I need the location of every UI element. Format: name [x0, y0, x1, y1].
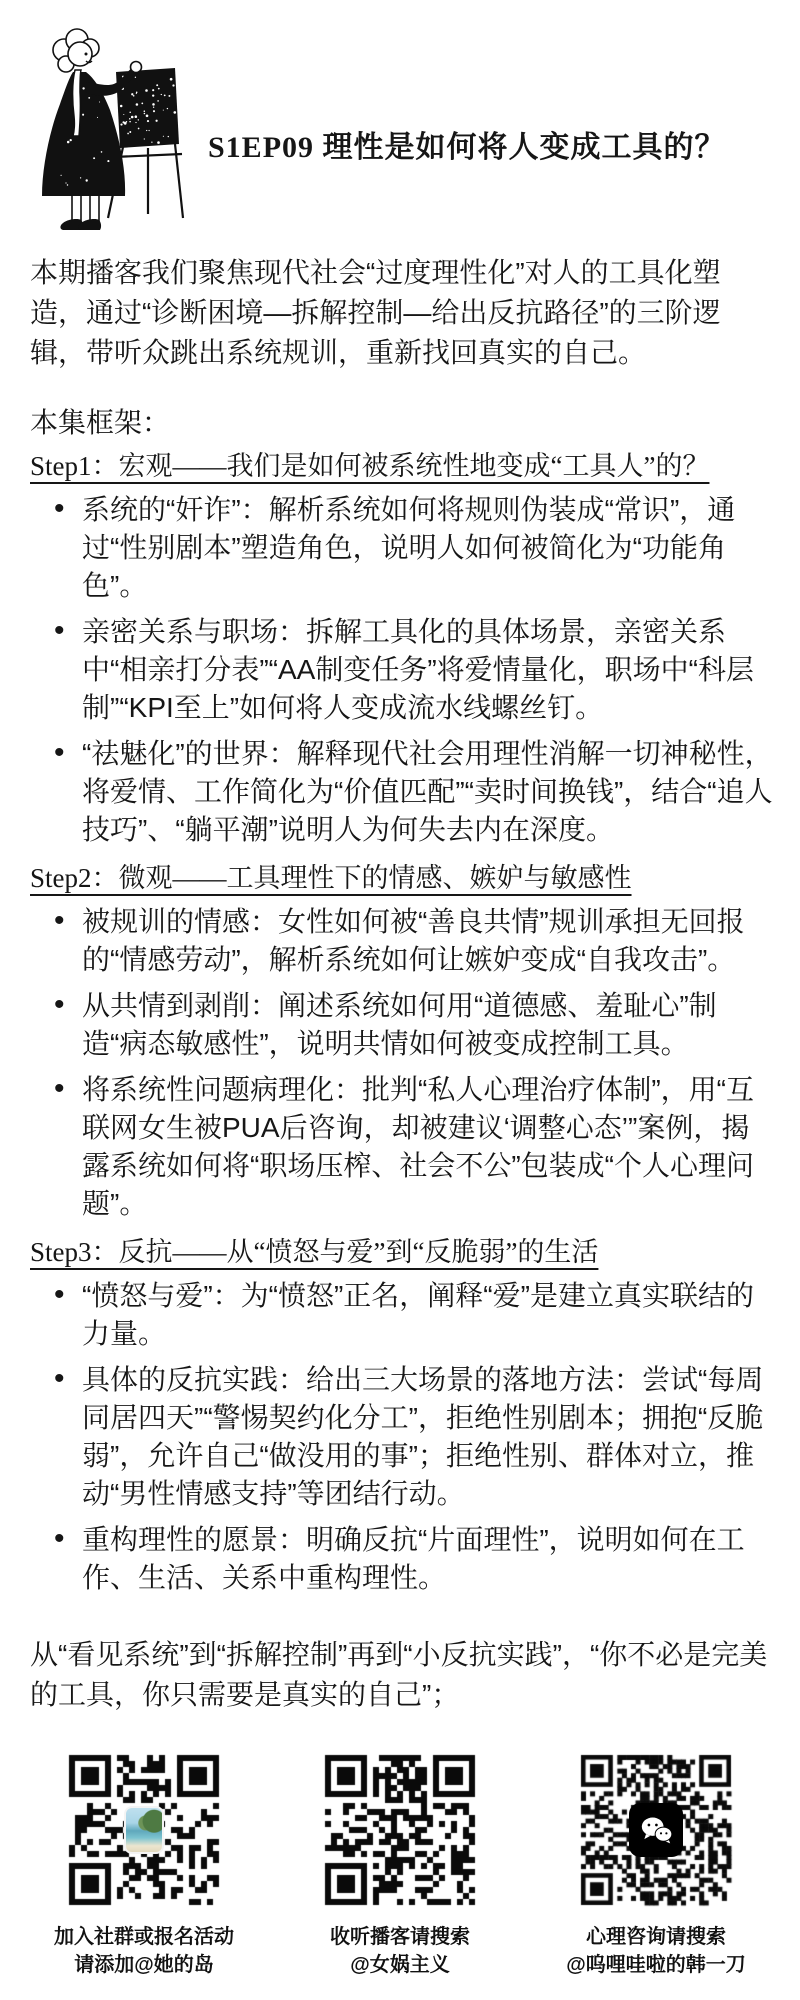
content: 本期播客我们聚焦现代社会“过度理性化”对人的工具化塑造，通过“诊断困境—拆解控制… — [0, 253, 800, 1715]
qr-item-counseling: 心理咨询请搜索 @呜哩哇啦的韩一刀 — [550, 1751, 762, 1979]
qr-caption-line: 心理咨询请搜索 — [566, 1923, 746, 1951]
qr-caption-line: @女娲主义 — [330, 1951, 470, 1979]
qr-caption-community: 加入社群或报名活动 请添加@她的岛 — [54, 1923, 234, 1979]
step1-bullet-list: 系统的“奸诈”：解析系统如何将规则伪装成“常识”，通过“性别剧本”塑造角色，说明… — [30, 491, 774, 849]
qr-item-community: 加入社群或报名活动 请添加@她的岛 — [38, 1751, 250, 1979]
bullet-item: “祛魅化”的世界：解释现代社会用理性消解一切神秘性，将爱情、工作简化为“价值匹配… — [30, 735, 774, 849]
step3-heading: Step3：反抗——从“愤怒与爱”到“反脆弱”的生活 — [30, 1231, 774, 1273]
section-step2: Step2：微观——工具理性下的情感、嫉妒与敏感性 被规训的情感：女性如何被“善… — [30, 857, 774, 1223]
step3-bullet-list: “愤怒与爱”：为“愤怒”正名，阐释“爱”是建立真实联结的力量。 具体的反抗实践：… — [30, 1277, 774, 1597]
page-title: S1EP09 理性是如何将人变成工具的？ — [208, 122, 780, 166]
closing-paragraph: 从“看见系统”到“拆解控制”再到“小反抗实践”，“你不必是完美的工具，你只需要是… — [30, 1635, 774, 1715]
step2-bullet-list: 被规训的情感：女性如何被“善良共情”规训承担无回报的“情感劳动”，解析系统如何让… — [30, 903, 774, 1223]
island-photo-icon — [124, 1806, 164, 1854]
section-step1: Step1：宏观——我们是如何被系统性地变成“工具人”的？ 系统的“奸诈”：解析… — [30, 445, 774, 849]
outline-label: 本集框架： — [30, 403, 774, 443]
section-step3: Step3：反抗——从“愤怒与爱”到“反脆弱”的生活 “愤怒与爱”：为“愤怒”正… — [30, 1231, 774, 1597]
bullet-item: 具体的反抗实践：给出三大场景的落地方法：尝试“每周同居四天”“警惕契约化分工”，… — [30, 1361, 774, 1513]
header: S1EP09 理性是如何将人变成工具的？ — [0, 0, 800, 245]
woman-at-easel-drawing — [28, 20, 198, 240]
qr-caption-podcast: 收听播客请搜索 @女娲主义 — [330, 1923, 470, 1979]
bullet-item: 被规训的情感：女性如何被“善良共情”规训承担无回报的“情感劳动”，解析系统如何让… — [30, 903, 774, 979]
woman-at-easel-illustration — [28, 20, 198, 240]
step1-heading: Step1：宏观——我们是如何被系统性地变成“工具人”的？ — [30, 445, 774, 487]
scarf — [73, 70, 81, 136]
bullet-item: 重构理性的愿景：明确反抗“片面理性”，说明如何在工作、生活、关系中重构理性。 — [30, 1521, 774, 1597]
intro-paragraph: 本期播客我们聚焦现代社会“过度理性化”对人的工具化塑造，通过“诊断困境—拆解控制… — [30, 253, 774, 373]
bullet-item: 将系统性问题病理化：批判“私人心理治疗体制”，用“互联网女生被PUA后咨询，却被… — [30, 1071, 774, 1223]
step2-heading: Step2：微观——工具理性下的情感、嫉妒与敏感性 — [30, 857, 774, 899]
qr-caption-line: 加入社群或报名活动 — [54, 1923, 234, 1951]
head — [53, 29, 99, 72]
qr-code-counseling — [577, 1751, 735, 1909]
bullet-item: 亲密关系与职场：拆解工具化的具体场景，亲密关系中“相亲打分表”“AA制变任务”将… — [30, 613, 774, 727]
bullet-item: “愤怒与爱”：为“愤怒”正名，阐释“爱”是建立真实联结的力量。 — [30, 1277, 774, 1353]
wechat-icon — [629, 1803, 683, 1857]
qr-code-podcast — [321, 1751, 479, 1909]
hand — [131, 62, 142, 73]
qr-caption-line: 请添加@她的岛 — [54, 1951, 234, 1979]
qr-caption-counseling: 心理咨询请搜索 @呜哩哇啦的韩一刀 — [566, 1923, 746, 1979]
qr-code-row: 加入社群或报名活动 请添加@她的岛 收听播客请搜索 @女娲主义 — [0, 1751, 800, 1979]
bullet-item: 系统的“奸诈”：解析系统如何将规则伪装成“常识”，通过“性别剧本”塑造角色，说明… — [30, 491, 774, 605]
qr-item-podcast: 收听播客请搜索 @女娲主义 — [294, 1751, 506, 1979]
qr-canvas-podcast — [321, 1751, 479, 1909]
bullet-item: 从共情到剥削：阐述系统如何用“道德感、羞耻心”制造“病态敏感性”，说明共情如何被… — [30, 987, 774, 1063]
podcast-shownotes-poster: S1EP09 理性是如何将人变成工具的？ 本期播客我们聚焦现代社会“过度理性化”… — [0, 0, 800, 2000]
qr-code-community — [65, 1751, 223, 1909]
qr-caption-line: @呜哩哇啦的韩一刀 — [566, 1951, 746, 1979]
qr-caption-line: 收听播客请搜索 — [330, 1923, 470, 1951]
